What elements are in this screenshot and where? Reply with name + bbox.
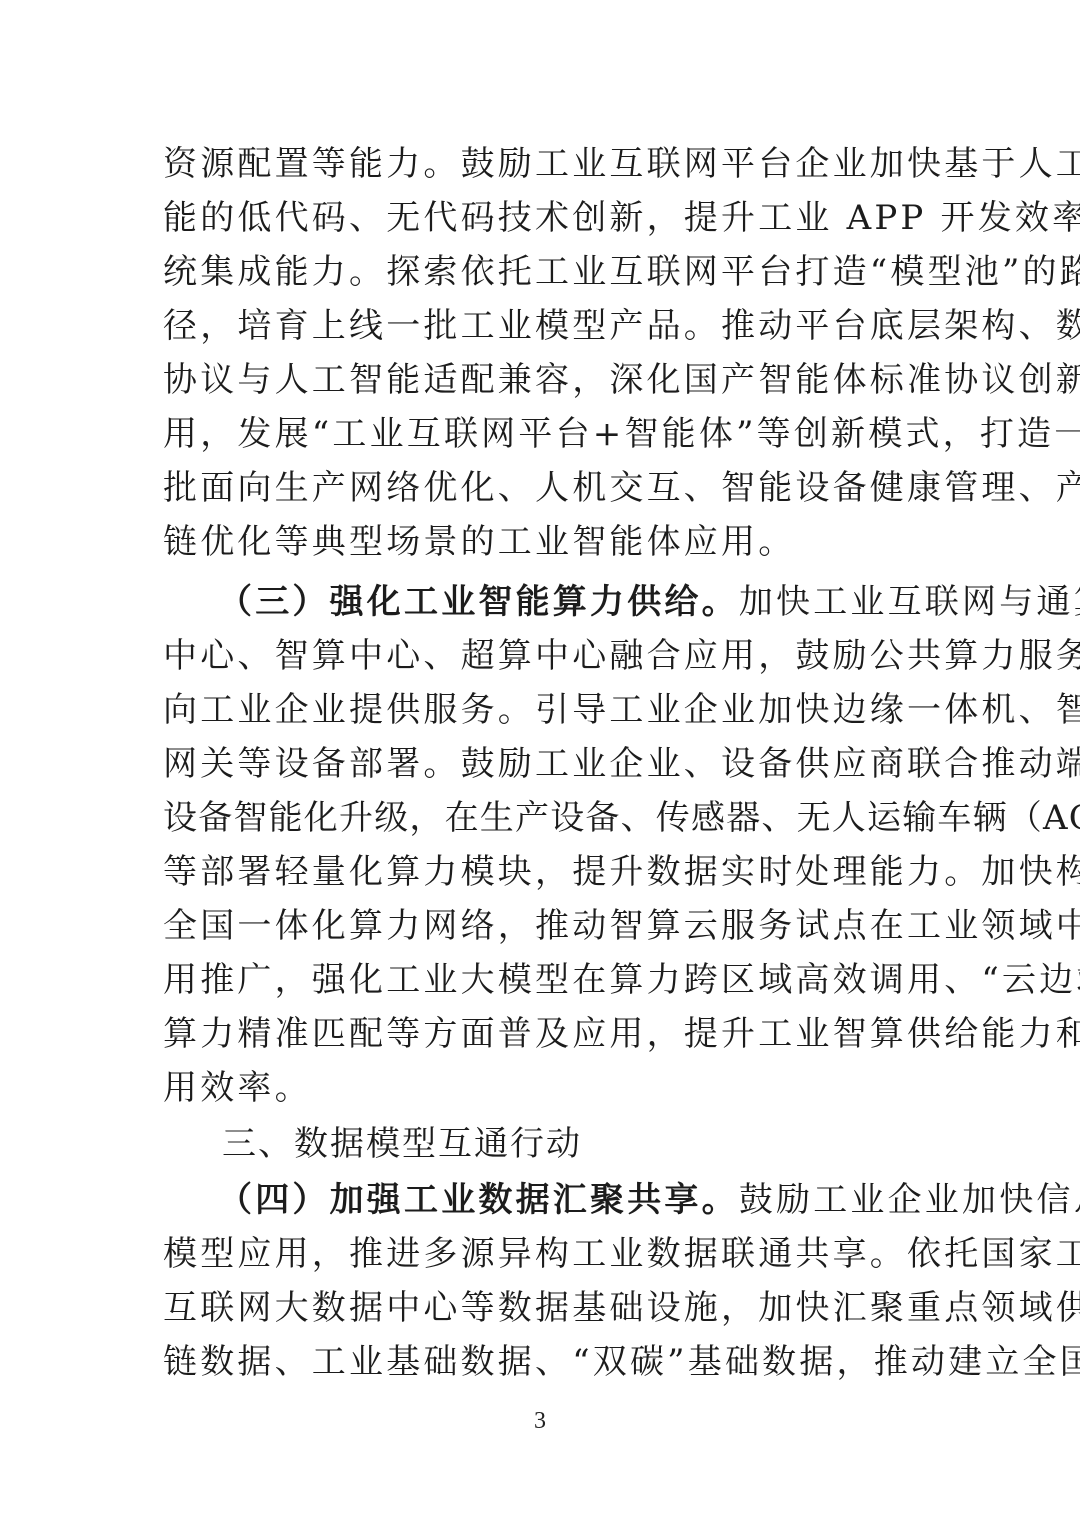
section-3-first-line: （三）强化工业智能算力供给。加快工业互联网与通算: [218, 582, 923, 622]
text-line: 资源配置等能力。鼓励工业互联网平台企业加快基于人工智: [163, 144, 923, 184]
section-4-title: （四）加强工业数据汇聚共享。: [218, 1180, 739, 1220]
text-line: 网关等设备部署。鼓励工业企业、设备供应商联合推动端侧: [163, 744, 923, 784]
section-4-text: 鼓励工业企业加快信息: [739, 1180, 1080, 1220]
text-line: 链数据、工业基础数据、“双碳”基础数据，推动建立全国: [163, 1342, 923, 1382]
text-line: 模型应用，推进多源异构工业数据联通共享。依托国家工业: [163, 1234, 923, 1274]
text-line: 批面向生产网络优化、人机交互、智能设备健康管理、产业: [163, 468, 923, 508]
text-line: 用，发展“工业互联网平台+智能体”等创新模式，打造一: [163, 414, 923, 454]
section-3-title: （三）强化工业智能算力供给。: [218, 582, 739, 622]
text-line: 能的低代码、无代码技术创新，提升工业 APP 开发效率和系: [163, 198, 923, 238]
section-4-first-line: （四）加强工业数据汇聚共享。鼓励工业企业加快信息: [218, 1180, 923, 1220]
text-line: 用推广，强化工业大模型在算力跨区域高效调用、“云边端”: [163, 960, 923, 1000]
text-line: 中心、智算中心、超算中心融合应用，鼓励公共算力服务商: [163, 636, 923, 676]
section-3-text: 加快工业互联网与通算: [739, 582, 1080, 622]
chapter-heading: 三、数据模型互通行动: [222, 1124, 982, 1164]
text-line: 用效率。: [163, 1068, 923, 1108]
page-number: 3: [530, 1408, 550, 1435]
text-line: 全国一体化算力网络，推动智算云服务试点在工业领域中应: [163, 906, 923, 946]
text-line: 协议与人工智能适配兼容，深化国产智能体标准协议创新应: [163, 360, 923, 400]
text-line: 链优化等典型场景的工业智能体应用。: [163, 522, 923, 562]
text-line: 统集成能力。探索依托工业互联网平台打造“模型池”的路: [163, 252, 923, 292]
text-line: 设备智能化升级，在生产设备、传感器、无人运输车辆（AGV）: [163, 798, 923, 838]
text-line: 等部署轻量化算力模块，提升数据实时处理能力。加快构建: [163, 852, 923, 892]
document-page: 资源配置等能力。鼓励工业互联网平台企业加快基于人工智 能的低代码、无代码技术创新…: [0, 0, 1080, 1527]
text-line: 互联网大数据中心等数据基础设施，加快汇聚重点领域供应: [163, 1288, 923, 1328]
text-line: 算力精准匹配等方面普及应用，提升工业智算供给能力和利: [163, 1014, 923, 1054]
text-line: 径，培育上线一批工业模型产品。推动平台底层架构、数据: [163, 306, 923, 346]
text-line: 向工业企业提供服务。引导工业企业加快边缘一体机、智能: [163, 690, 923, 730]
